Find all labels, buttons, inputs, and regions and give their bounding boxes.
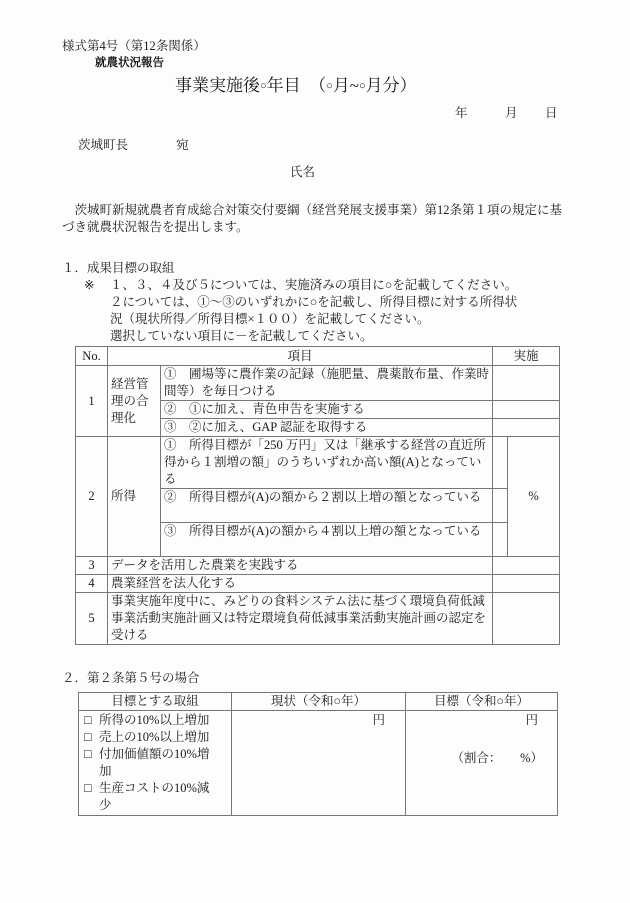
implemented-input-cell[interactable] <box>493 419 560 437</box>
placeholder-circle: ○ <box>359 80 366 92</box>
row-category: 所得 <box>108 437 161 557</box>
row-number: 5 <box>76 593 108 645</box>
addressee-name: 茨城町長 <box>78 138 128 152</box>
implemented-input-cell[interactable] <box>493 489 508 523</box>
section2-heading: ２．第２条第５号の場合 <box>62 670 200 687</box>
item-text: ① 圃場等に農作業の記録（施肥量、農薬散布量、作業時間等）を毎日つける <box>161 366 493 401</box>
implemented-input-cell[interactable] <box>493 523 508 557</box>
row-number: 2 <box>76 437 108 557</box>
date-month-label: 月 <box>505 105 518 122</box>
intro-paragraph: 茨城町新規就農者育成総合対策交付要綱（経営発展支援事業）第12条第１項の規定に基… <box>62 202 569 236</box>
implemented-input-cell[interactable] <box>493 437 508 489</box>
col-header-goal: 目標（令和○年） <box>406 693 558 711</box>
yen-unit-label: 円 <box>372 713 385 727</box>
date-day-label: 日 <box>545 105 558 122</box>
implemented-input-cell[interactable] <box>493 593 560 645</box>
title-text: 月~ <box>333 76 359 95</box>
form-number: 様式第4号（第12条関係） <box>62 38 206 55</box>
checkbox-icon[interactable]: □ <box>84 780 99 797</box>
title-text: 年目 （ <box>267 76 327 95</box>
item-text: ② ①に加え、青色申告を実施する <box>161 401 493 419</box>
implemented-input-cell[interactable] <box>493 557 560 575</box>
table-row: 4 農業経営を法人化する <box>76 575 560 593</box>
row-number: 4 <box>76 575 108 593</box>
target-label: 付加価値額の10%増加 <box>99 746 221 780</box>
checkbox-icon[interactable]: □ <box>84 746 99 763</box>
date-year-label: 年 <box>455 105 468 122</box>
item-text: ② 所得目標が(A)の額から２割以上増の額となっている <box>161 489 493 523</box>
implemented-input-cell[interactable] <box>493 575 560 593</box>
col-header-current: 現状（令和○年） <box>232 693 406 711</box>
table-header-row: No. 項目 実施 <box>76 347 560 366</box>
note-line: 況（現状所得／所得目標×１００）を記載してください。 <box>110 311 580 328</box>
section1-note: ※ １、３、４及び５については、実施済みの項目に○を記載してください。 ２につい… <box>84 277 580 345</box>
form-type-label: 就農状況報告 <box>95 55 164 72</box>
target-label: 売上の10%以上増加 <box>99 729 221 746</box>
target-option: □付加価値額の10%増加 <box>84 746 226 780</box>
note-marker: ※ <box>84 277 110 345</box>
checkbox-icon[interactable]: □ <box>84 712 99 729</box>
document-title: 事業実施後○年目 （○月~○月分） <box>175 74 417 98</box>
table-row: 3 データを活用した農業を実践する <box>76 557 560 575</box>
table-header-row: 目標とする取組 現状（令和○年） 目標（令和○年） <box>79 693 558 711</box>
placeholder-circle: ○ <box>326 80 333 92</box>
table-row: 2 所得 ① 所得目標が「250 万円」又は「継承する経営の直近所得から１割増の… <box>76 437 560 489</box>
title-text: 事業実施後 <box>175 76 260 95</box>
row-number: 3 <box>76 557 108 575</box>
col-header-implemented: 実施 <box>493 347 560 366</box>
note-line: ２については、①～③のいずれかに○を記載し、所得目標に対する所得状 <box>110 294 580 311</box>
goal-amount-cell[interactable]: 円 （割合： %） <box>406 711 558 816</box>
checkbox-icon[interactable]: □ <box>84 729 99 746</box>
target-options-cell: □所得の10%以上増加 □売上の10%以上増加 □付加価値額の10%増加 □生産… <box>79 711 232 816</box>
col-header-no: No. <box>76 347 108 366</box>
article2-clause5-table: 目標とする取組 現状（令和○年） 目標（令和○年） □所得の10%以上増加 □売… <box>78 692 558 816</box>
note-line: １、３、４及び５については、実施済みの項目に○を記載してください。 <box>110 277 580 294</box>
target-label: 生産コストの10%減少 <box>99 780 221 814</box>
target-label: 所得の10%以上増加 <box>99 712 221 729</box>
row-number: 1 <box>76 366 108 437</box>
item-text: 農業経営を法人化する <box>108 575 493 593</box>
item-text: データを活用した農業を実践する <box>108 557 493 575</box>
item-text: ③ ②に加え、GAP 認証を取得する <box>161 419 493 437</box>
name-field-label: 氏名 <box>290 164 315 181</box>
table-row: 5 事業実施年度中に、みどりの食料システム法に基づく環境負荷低減事業活動実施計画… <box>76 593 560 645</box>
document-page: 様式第4号（第12条関係） 就農状況報告 事業実施後○年目 （○月~○月分） 年… <box>0 0 630 903</box>
ratio-label: （割合： %） <box>406 750 557 767</box>
table-row: 1 経営管理の合理化 ① 圃場等に農作業の記録（施肥量、農薬散布量、作業時間等）… <box>76 366 560 401</box>
date-line: 年 月 日 <box>0 105 630 122</box>
col-header-item: 項目 <box>108 347 493 366</box>
income-percent-cell[interactable]: % <box>508 437 560 557</box>
target-option: □売上の10%以上増加 <box>84 729 226 746</box>
item-text: ③ 所得目標が(A)の額から４割以上増の額となっている <box>161 523 493 557</box>
placeholder-circle: ○ <box>260 80 267 92</box>
addressee-suffix: 宛 <box>176 138 189 152</box>
item-text: 事業実施年度中に、みどりの食料システム法に基づく環境負荷低減事業活動実施計画又は… <box>108 593 493 645</box>
table-body-row: □所得の10%以上増加 □売上の10%以上増加 □付加価値額の10%増加 □生産… <box>79 711 558 816</box>
target-option: □生産コストの10%減少 <box>84 780 226 814</box>
title-text: 月分） <box>366 76 417 95</box>
yen-unit-label: 円 <box>406 712 557 729</box>
section1-heading: １．成果目標の取組 <box>62 260 175 277</box>
row-category: 経営管理の合理化 <box>108 366 161 437</box>
note-lines: １、３、４及び５については、実施済みの項目に○を記載してください。 ２については… <box>110 277 580 345</box>
addressee-line: 茨城町長 宛 <box>78 137 189 154</box>
note-line: 選択していない項目に－を記載してください。 <box>110 328 580 345</box>
implemented-input-cell[interactable] <box>493 366 560 401</box>
target-option: □所得の10%以上増加 <box>84 712 226 729</box>
col-header-target: 目標とする取組 <box>79 693 232 711</box>
implemented-input-cell[interactable] <box>493 401 560 419</box>
achievement-goals-table: No. 項目 実施 1 経営管理の合理化 ① 圃場等に農作業の記録（施肥量、農薬… <box>75 346 560 645</box>
current-amount-cell[interactable]: 円 <box>232 711 406 816</box>
item-text: ① 所得目標が「250 万円」又は「継承する経営の直近所得から１割増の額」のうち… <box>161 437 493 489</box>
